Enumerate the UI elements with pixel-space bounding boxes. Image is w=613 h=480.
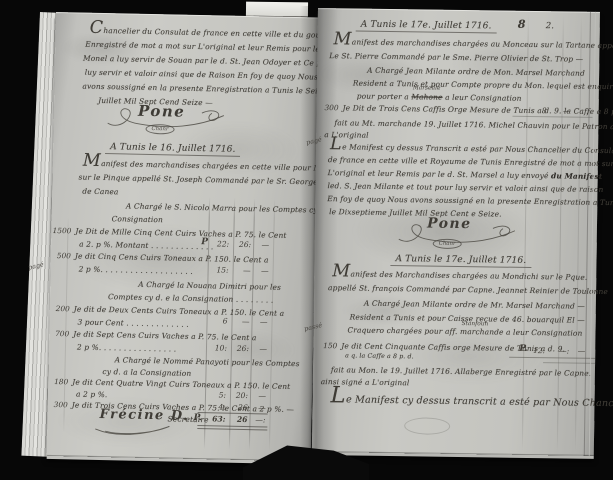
entry-quantity: 1500 bbox=[49, 226, 71, 235]
chancellor-signature: Pone bbox=[427, 216, 472, 233]
amount-dash: — bbox=[252, 391, 266, 400]
amount-piastres: 22: bbox=[211, 239, 229, 248]
total-aspres: 26 bbox=[231, 415, 247, 424]
right-page: 8 2. A Tunis le 17e. Juillet 1716. Manif… bbox=[312, 8, 600, 456]
amount-aspres: 26 bbox=[232, 403, 248, 412]
page-number: 2. bbox=[546, 21, 555, 31]
entry-quantity: 700 bbox=[47, 329, 69, 338]
entry-quantity: 300 bbox=[46, 400, 68, 409]
currency-mark: P bbox=[201, 237, 208, 247]
charge-line: cy d. a la Consignation bbox=[102, 367, 191, 378]
amount-dash: . . bbox=[575, 107, 589, 116]
entry-text: a 2 p %. bbox=[76, 390, 108, 400]
amount-piastres: 6 bbox=[209, 316, 227, 325]
charge-line: Consignation bbox=[112, 214, 163, 224]
amount-aspres: 26: bbox=[235, 240, 251, 249]
amount-dash: — bbox=[252, 403, 266, 412]
inserted-word: Marseille bbox=[413, 85, 441, 91]
amount-dash: — bbox=[557, 106, 571, 115]
amount-aspres: — bbox=[235, 266, 251, 275]
charge-text: a leur Consignation bbox=[445, 93, 522, 103]
folio-ornament: 8 bbox=[518, 18, 526, 31]
dateline-heading: A Tunis le 17e. Juillet 1716. bbox=[356, 20, 497, 34]
entry-quantity: 180 bbox=[46, 377, 68, 386]
manuscript-book-photo: Chancelier du Consulat de france en cett… bbox=[0, 0, 613, 480]
total-piastres: 63: bbox=[207, 414, 225, 423]
charge-text: pour porter a bbox=[357, 92, 409, 102]
chancellor-title-oval: Chanr bbox=[433, 239, 462, 249]
amount-aspres: — bbox=[233, 317, 249, 326]
amount-dash: — bbox=[255, 240, 269, 249]
entry-quantity: 150 bbox=[315, 341, 337, 350]
manifest-line: de Canea bbox=[82, 187, 118, 197]
dateline-heading: A Tunis le 17e. Juillet 1716. bbox=[390, 254, 531, 268]
amount-dash: — bbox=[253, 344, 267, 353]
entry-subtext: a q. la Caffe a 8 p. d. bbox=[345, 352, 414, 360]
amount-piastres: 15: bbox=[211, 265, 229, 274]
amount-aspres: 26: bbox=[233, 344, 249, 353]
amount-piastres: 4: bbox=[208, 402, 226, 411]
amount-piastres: 12: bbox=[529, 346, 545, 355]
left-page: Chancelier du Consulat de france en cett… bbox=[47, 12, 320, 461]
amount-aspres: 20: bbox=[232, 391, 248, 400]
amount-dash: — bbox=[253, 317, 267, 326]
amount-piastres: 10: bbox=[209, 343, 227, 352]
entry-quantity: 500 bbox=[49, 251, 71, 260]
amount-piastres: 5: bbox=[208, 390, 226, 399]
entry-quantity: 200 bbox=[48, 304, 70, 313]
certification-emphasis: du Manifest bbox=[551, 171, 602, 181]
faint-oval-mark bbox=[404, 417, 450, 435]
amount-dash: — bbox=[255, 266, 269, 275]
secretary-title: Secretaire bbox=[167, 414, 208, 424]
entry-quantity: 300 bbox=[317, 103, 339, 112]
struck-word: Mahone bbox=[411, 92, 442, 101]
chancellor-signature: Pone bbox=[138, 102, 186, 121]
total-dash: —: bbox=[251, 415, 265, 424]
amount-piastres: 8 bbox=[533, 106, 547, 115]
protruding-page-tab bbox=[246, 2, 308, 17]
